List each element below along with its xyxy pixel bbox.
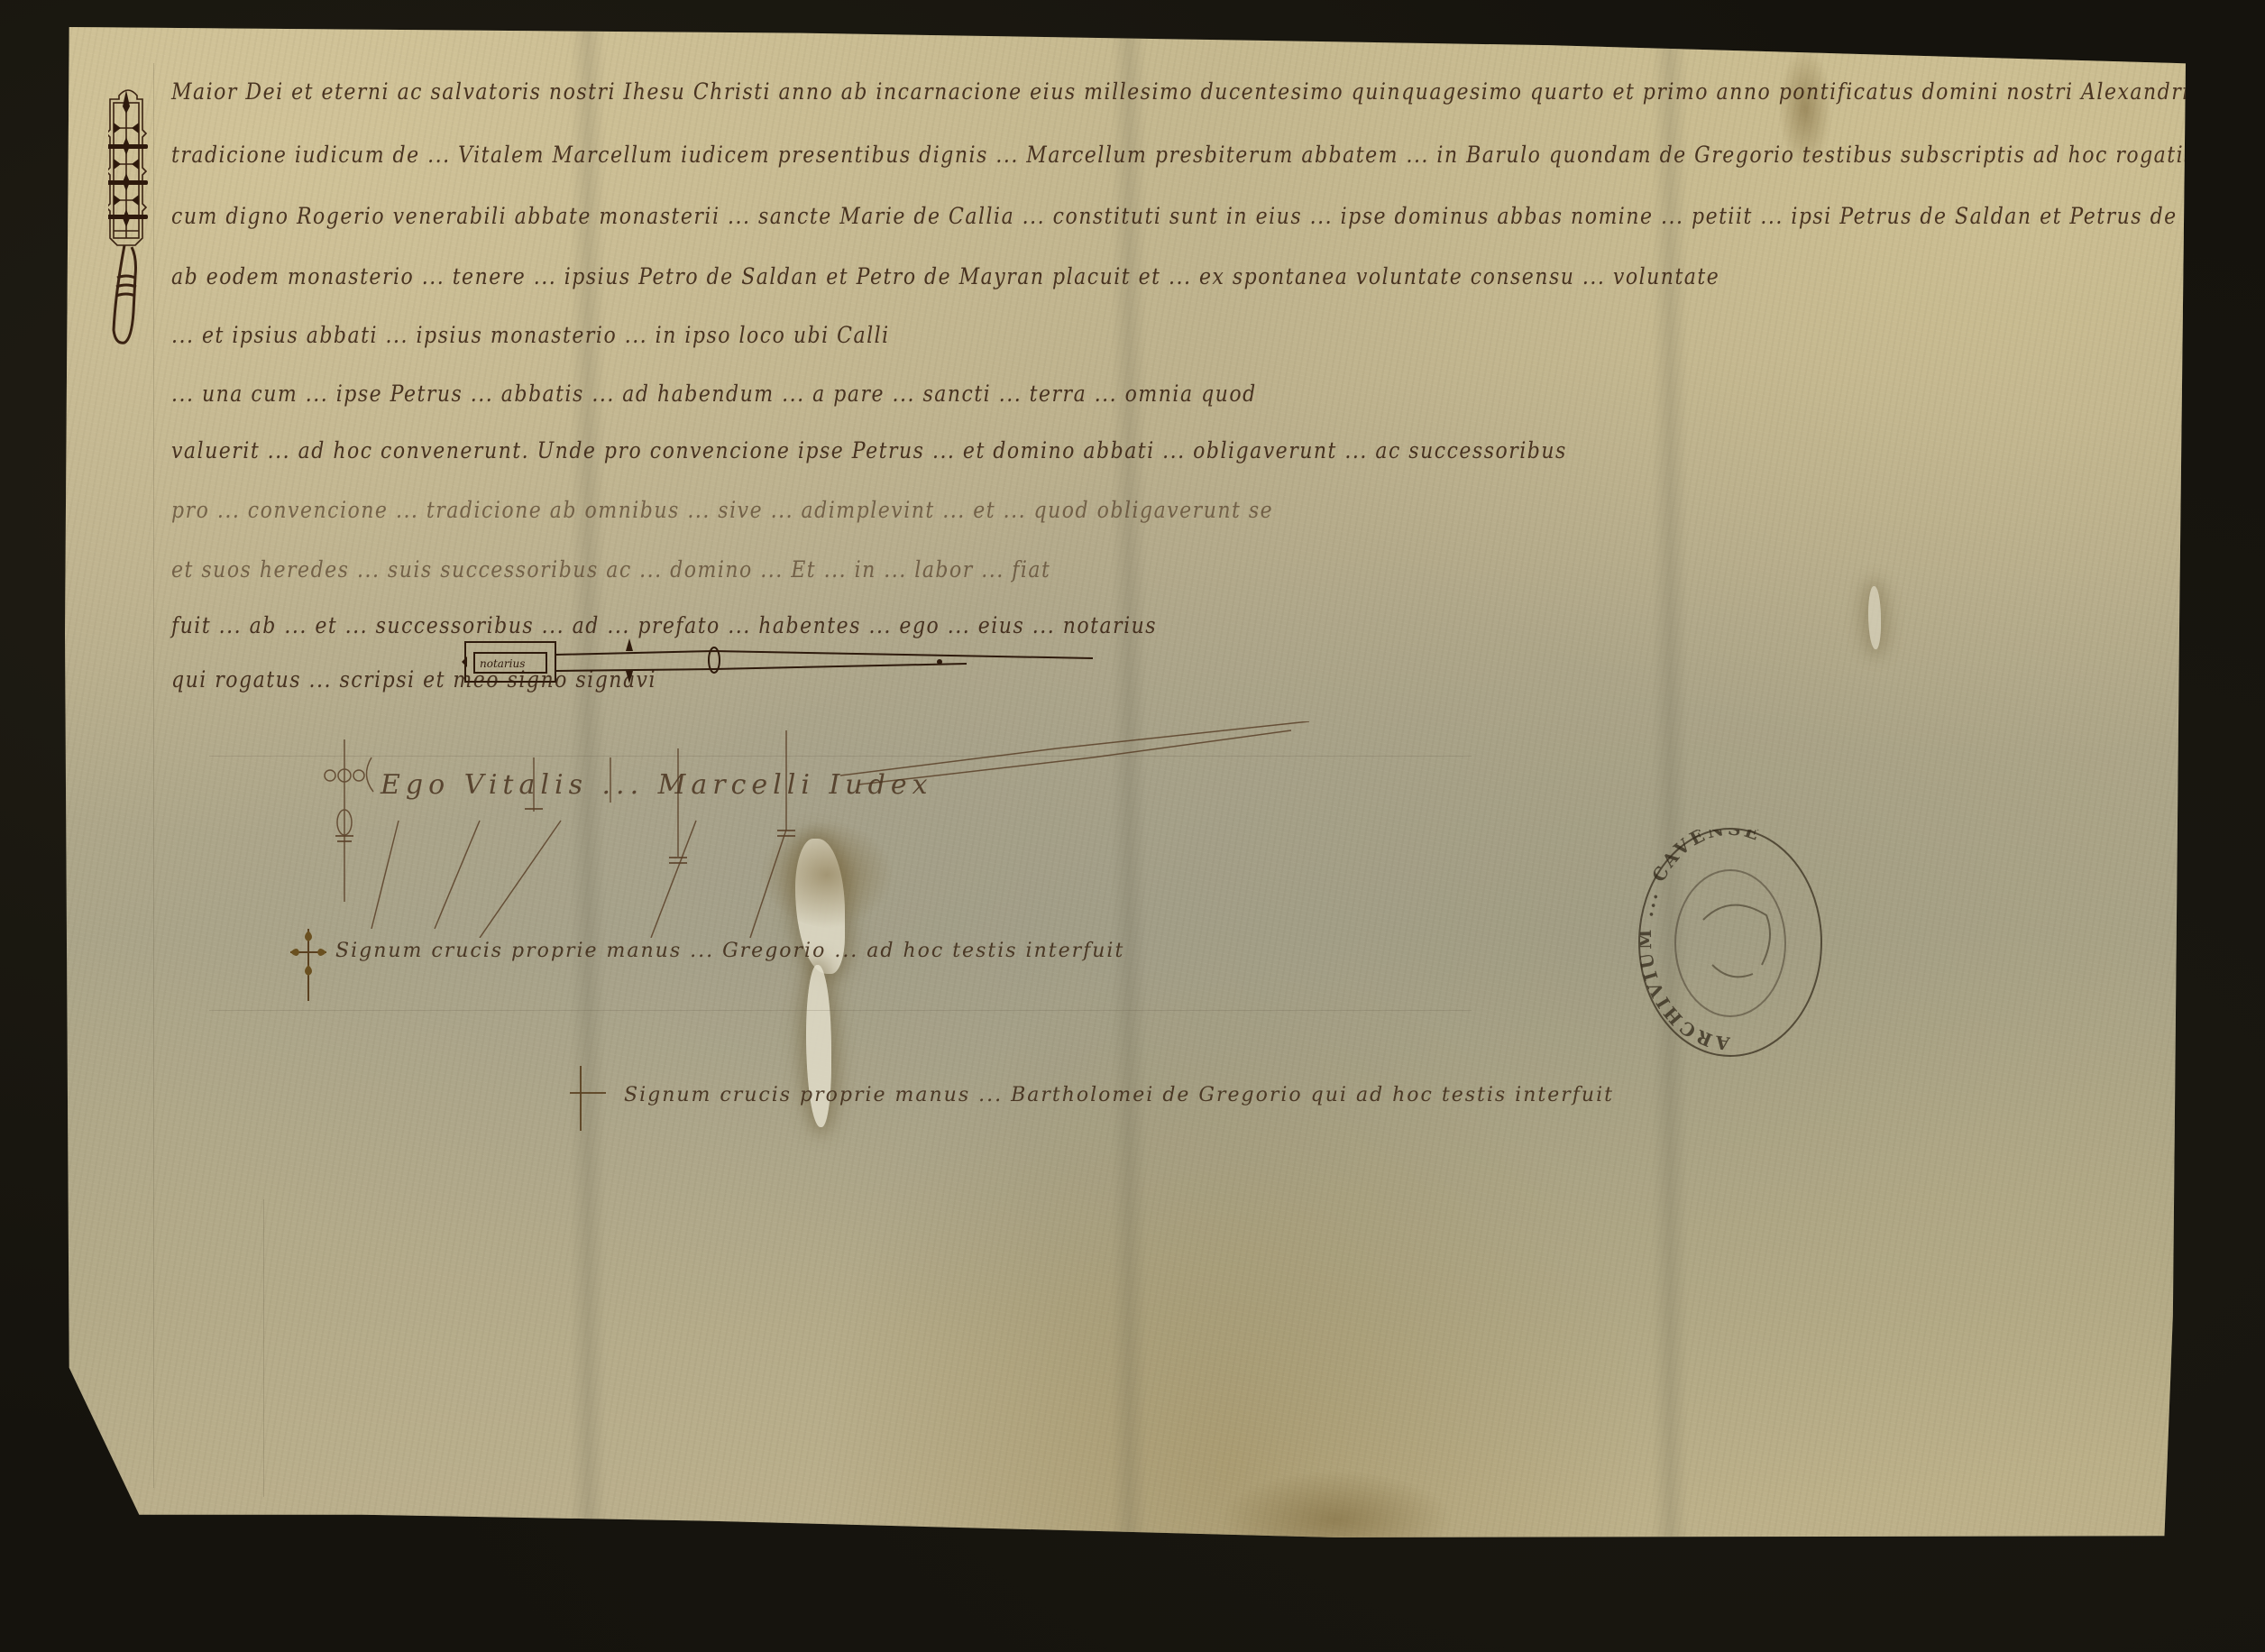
judge-signature-text: Ego Vitalis ... Marcelli Iudex [380, 769, 933, 801]
charter-text-line: fuit ... ab ... et ... successoribus ...… [171, 613, 1157, 639]
margin-rule [263, 1199, 264, 1497]
charter-text-line: valuerit ... ad hoc convenerunt. Unde pr… [171, 438, 1567, 464]
parchment-sheet: Maior Dei et eterni ac salvatoris nostri… [65, 27, 2186, 1542]
charter-text-line: ... una cum ... ipse Petrus ... abbatis … [171, 381, 1257, 408]
charter-text-line: et suos heredes ... suis successoribus a… [171, 557, 1050, 583]
stamp-legend: ARCHIVIUM ... CAVENSE [1640, 830, 1820, 1055]
charter-text-line: ab eodem monasterio ... tenere ... ipsiu… [171, 264, 1719, 290]
charter-text-line: tradicione iudicum de ... Vitalem Marcel… [171, 142, 2265, 169]
notary-seal-device: notarius [462, 638, 1093, 684]
archive-stamp: ARCHIVIUM ... CAVENSE [1638, 828, 1822, 1057]
charter-text-line: Maior Dei et eterni ac salvatoris nostri… [171, 79, 2265, 106]
judge-subscription: Ego Vitalis ... Marcelli Iudex [317, 721, 1580, 938]
charter-text-line: cum digno Rogerio venerabili abbate mona… [171, 204, 2265, 230]
fold-line [1652, 27, 1688, 1542]
hole-stain [1868, 586, 1881, 649]
charter-text-line: ... et ipsius abbati ... ipsius monaster… [171, 323, 890, 349]
witness-cross-icon [570, 1066, 606, 1131]
witness-cross-icon [289, 929, 328, 1001]
witness-subscription-2: Signum crucis proprie manus ... Bartholo… [624, 1084, 1614, 1106]
notary-signum-icon [108, 87, 148, 348]
witness-subscription-1: Signum crucis proprie manus ... Gregorio… [335, 940, 1124, 962]
margin-rule [153, 63, 154, 1488]
ruling-line [209, 1010, 1472, 1011]
charter-text-line: pro ... convencione ... tradicione ab om… [171, 498, 1273, 524]
stamp-legend-text: ARCHIVIUM ... CAVENSE [1640, 830, 1765, 1055]
svg-text:ARCHIVIUM ... CAVENSE: ARCHIVIUM ... CAVENSE [1640, 830, 1765, 1055]
notary-inscription: notarius [480, 657, 525, 670]
